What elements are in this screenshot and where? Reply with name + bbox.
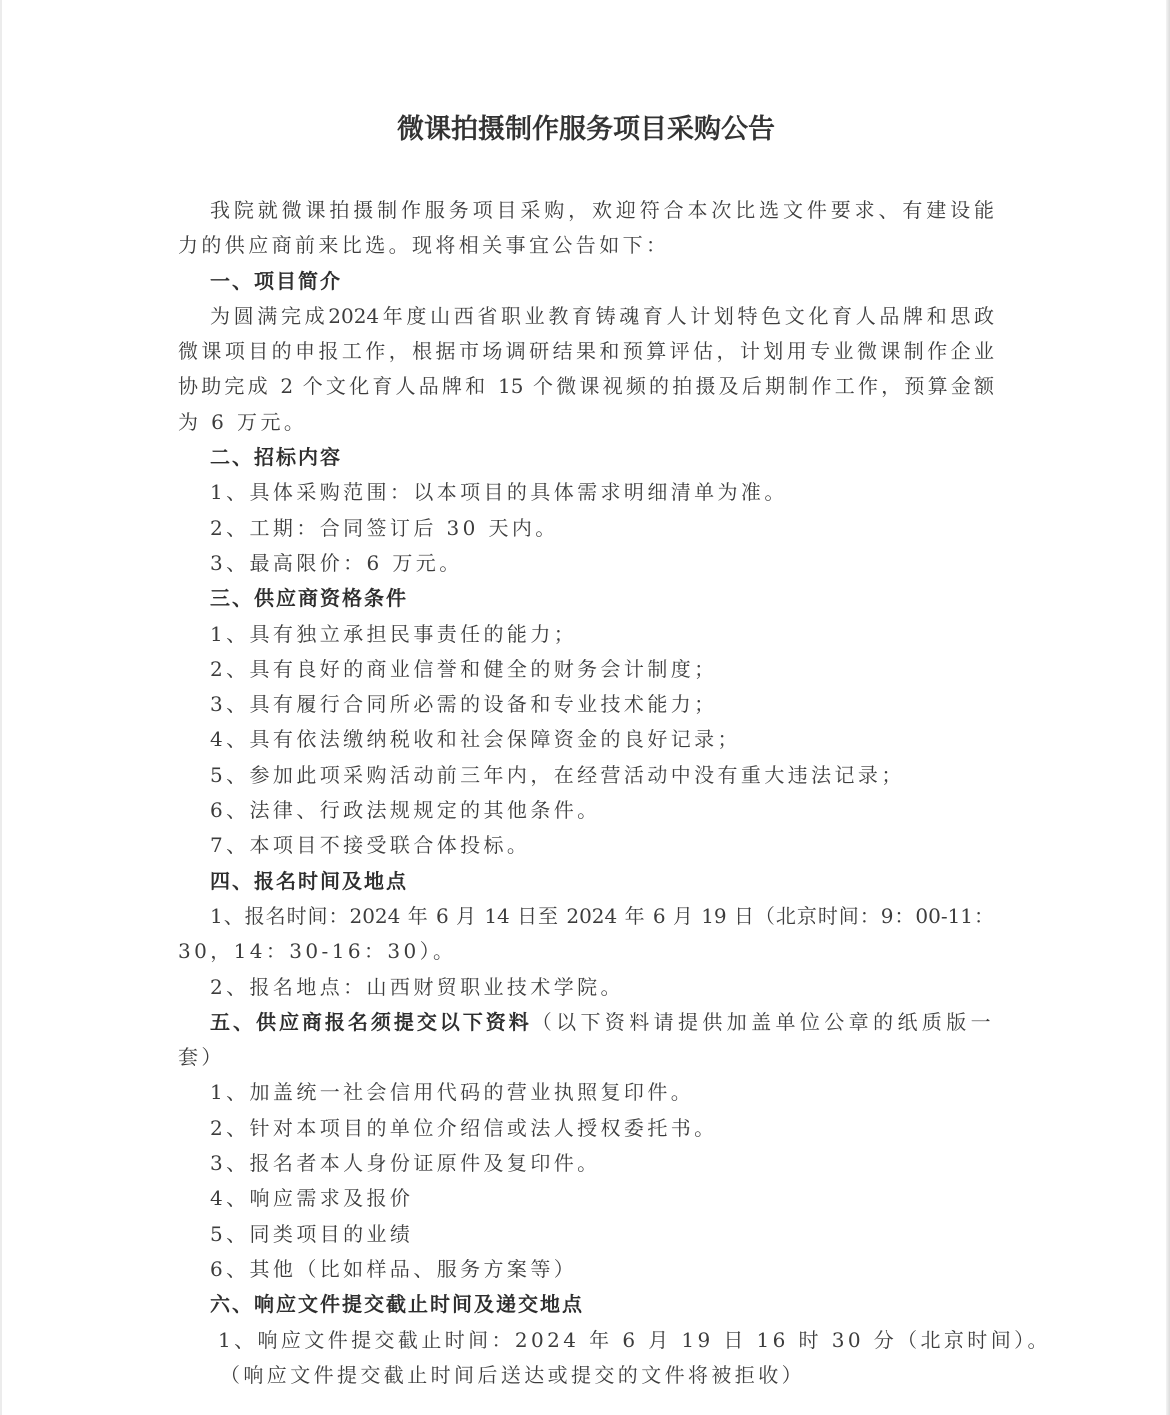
intro-line-2: 力的供应商前来比选。现将相关事宜公告如下： xyxy=(178,228,994,263)
section-5-heading-line: 五、供应商报名须提交以下资料（以下资料请提供加盖单位公章的纸质版一 xyxy=(178,1005,994,1040)
section-1-line-1: 为圆满完成2024年度山西省职业教育铸魂育人计划特色文化育人品牌和思政 xyxy=(178,299,994,334)
section-5-item-5: 5、同类项目的业绩 xyxy=(178,1217,994,1252)
section-5-item-2: 2、针对本项目的单位介绍信或法人授权委托书。 xyxy=(178,1111,994,1146)
section-5-item-1: 1、加盖统一社会信用代码的营业执照复印件。 xyxy=(178,1075,994,1110)
section-5-note-line-2: 套） xyxy=(178,1040,994,1075)
intro-line-1: 我院就微课拍摄制作服务项目采购，欢迎符合本次比选文件要求、有建设能 xyxy=(178,193,994,228)
section-6-item-1: 1、响应文件提交截止时间：2024 年 6 月 19 日 16 时 30 分（北… xyxy=(178,1323,994,1358)
section-3-item-2: 2、具有良好的商业信誉和健全的财务会计制度； xyxy=(178,652,994,687)
section-4-heading: 四、报名时间及地点 xyxy=(178,864,994,899)
section-3-heading: 三、供应商资格条件 xyxy=(178,581,994,616)
section-3-item-7: 7、本项目不接受联合体投标。 xyxy=(178,828,994,863)
section-1-line-4: 为 6 万元。 xyxy=(178,405,994,440)
section-2-item-1: 1、具体采购范围：以本项目的具体需求明细清单为准。 xyxy=(178,475,994,510)
section-4-item-1-line-2: 30，14：30-16：30）。 xyxy=(178,934,994,969)
page-edge-left xyxy=(0,0,2,1415)
section-5-item-6: 6、其他（比如样品、服务方案等） xyxy=(178,1252,994,1287)
section-2-heading: 二、招标内容 xyxy=(178,440,994,475)
section-1-line-3: 协助完成 2 个文化育人品牌和 15 个微课视频的拍摄及后期制作工作，预算金额 xyxy=(178,369,994,404)
section-1-line-2: 微课项目的申报工作，根据市场调研结果和预算评估，计划用专业微课制作企业 xyxy=(178,334,994,369)
section-3-item-4: 4、具有依法缴纳税收和社会保障资金的良好记录； xyxy=(178,722,994,757)
section-5-heading: 五、供应商报名须提交以下资料 xyxy=(210,1010,532,1034)
section-6-note: （响应文件提交截止时间后送达或提交的文件将被拒收） xyxy=(178,1358,994,1393)
section-3-item-5: 5、参加此项采购活动前三年内，在经营活动中没有重大违法记录； xyxy=(178,758,994,793)
section-4-item-2: 2、报名地点：山西财贸职业技术学院。 xyxy=(178,970,994,1005)
section-5-item-4: 4、响应需求及报价 xyxy=(178,1181,994,1216)
section-4-item-1-line-1: 1、报名时间：2024 年 6 月 14 日至 2024 年 6 月 19 日（… xyxy=(178,899,994,934)
document-title: 微课拍摄制作服务项目采购公告 xyxy=(178,112,994,148)
section-2-item-3: 3、最高限价：6 万元。 xyxy=(178,546,994,581)
section-3-item-3: 3、具有履行合同所必需的设备和专业技术能力； xyxy=(178,687,994,722)
section-1-heading: 一、项目简介 xyxy=(178,264,994,299)
section-2-item-2: 2、工期：合同签订后 30 天内。 xyxy=(178,511,994,546)
section-6-heading: 六、响应文件提交截止时间及递交地点 xyxy=(178,1287,994,1322)
document-body: 我院就微课拍摄制作服务项目采购，欢迎符合本次比选文件要求、有建设能 力的供应商前… xyxy=(178,193,994,1393)
section-3-item-6: 6、法律、行政法规规定的其他条件。 xyxy=(178,793,994,828)
page-edge-right xyxy=(1166,0,1170,1415)
section-5-note-line-1: （以下资料请提供加盖单位公章的纸质版一 xyxy=(532,1010,994,1034)
section-3-item-1: 1、具有独立承担民事责任的能力； xyxy=(178,617,994,652)
section-5-item-3: 3、报名者本人身份证原件及复印件。 xyxy=(178,1146,994,1181)
